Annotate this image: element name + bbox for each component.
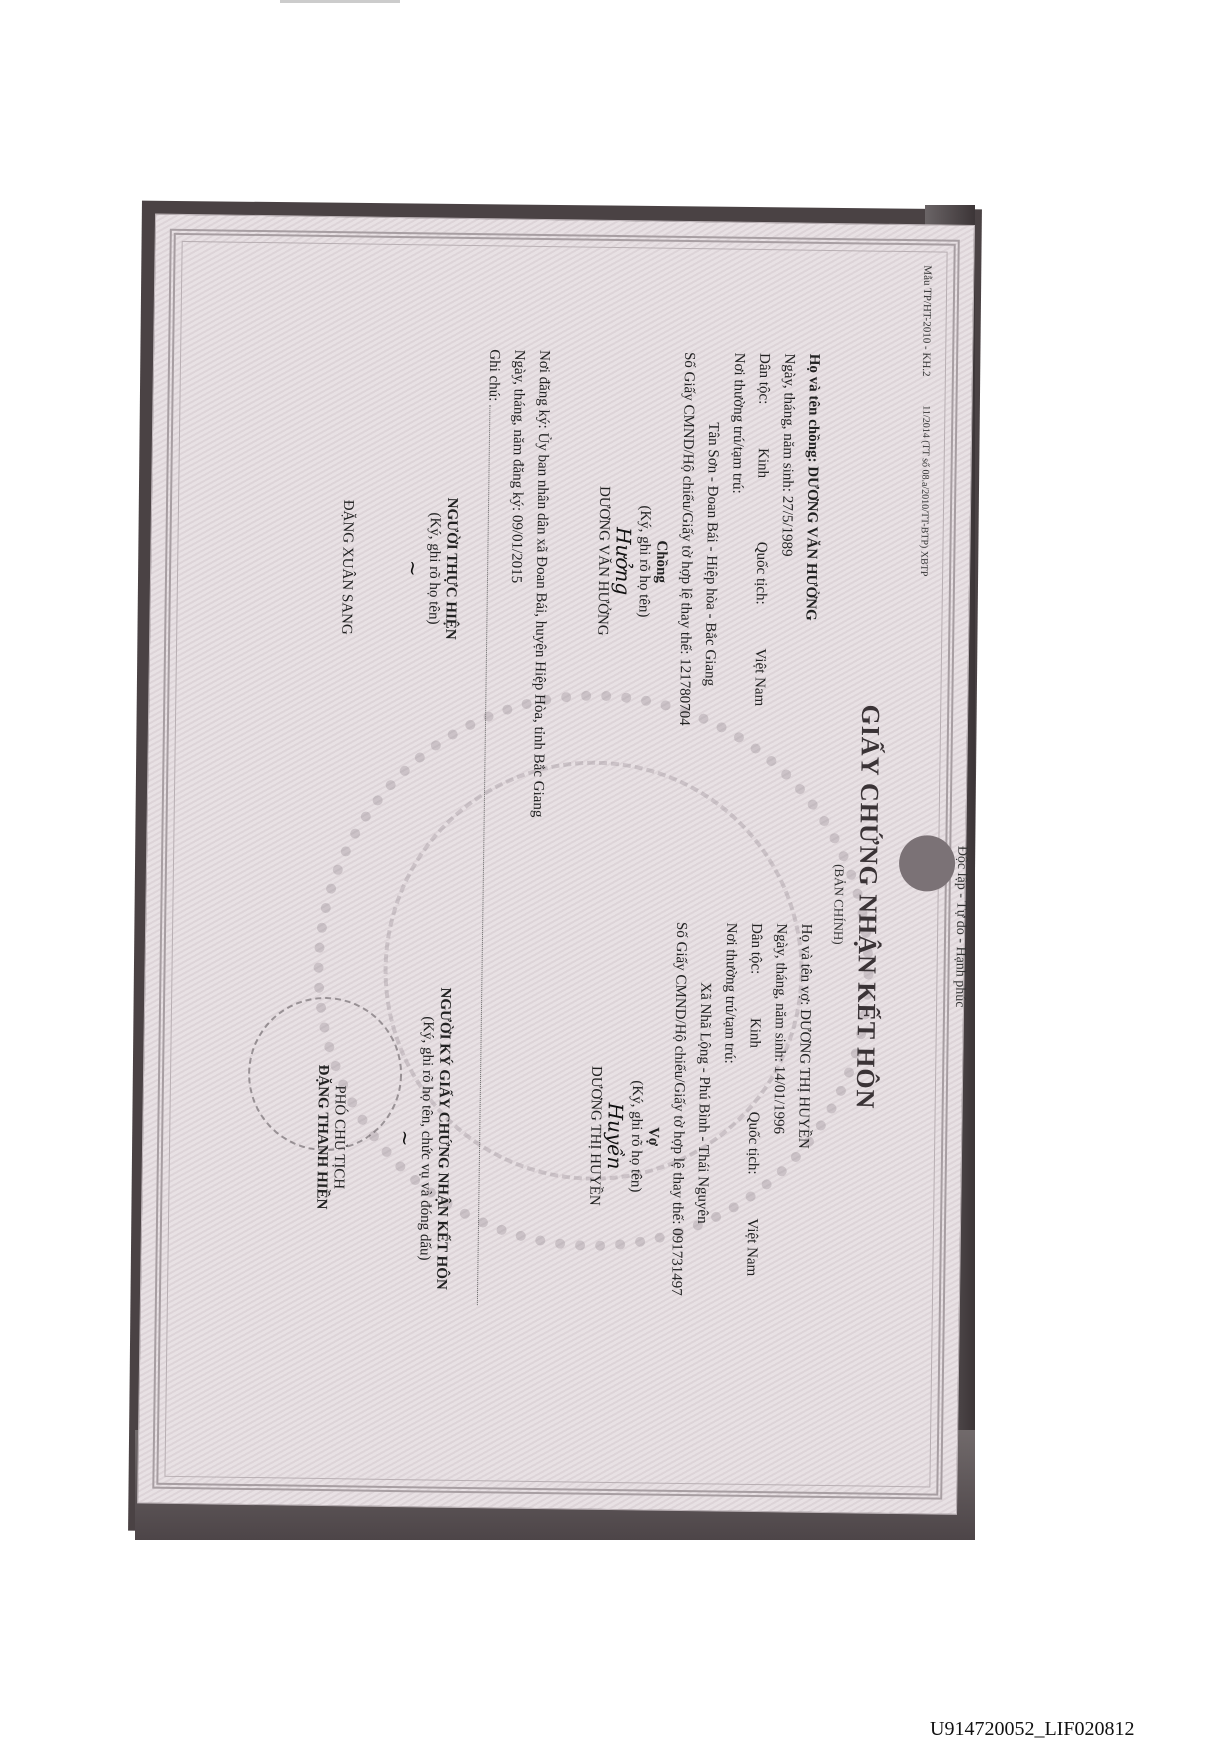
wife-residence-label: Nơi thường trú/tạm trú:	[720, 923, 739, 1064]
performer-name: ĐẶNG XUÂN SANG	[337, 467, 357, 667]
husband-signature: Hưởng	[610, 481, 636, 641]
performer-block: NGƯỜI THỰC HIỆN (Ký, ghi rõ họ tên) ~ ĐẶ…	[337, 467, 461, 669]
wife-nationality: Việt Nam	[743, 1218, 760, 1276]
document-title: GIẤY CHỨNG NHẬN KẾT HÔN	[850, 704, 886, 1109]
wife-dob-row: Ngày, tháng, năm sinh: 14/01/1996	[769, 923, 789, 1134]
wife-signature-block: Vợ (Ký, ghi rõ họ tên) Huyền DƯƠNG THỊ H…	[585, 1051, 662, 1222]
husband-residence-label: Nơi thường trú/tạm trú:	[728, 353, 747, 494]
husband-dob: 27/5/1989	[778, 496, 795, 557]
wife-dob: 14/01/1996	[770, 1066, 787, 1135]
scan-id: U914720052_LIF020812	[930, 1718, 1134, 1741]
husband-dob-row: Ngày, tháng, năm sinh: 27/5/1989	[777, 353, 797, 556]
wife-signature: Huyền	[602, 1051, 628, 1221]
document-subtitle: (BẢN CHÍNH)	[830, 864, 847, 945]
wife-ethnicity: Kinh	[746, 1018, 762, 1048]
wife-residence: Xã Nhã Lộng - Phú Bình - Thái Nguyên	[693, 982, 713, 1224]
husband-name: DƯƠNG VĂN HƯỞNG	[802, 466, 820, 621]
wife-id: 091731497	[668, 1228, 685, 1296]
motto: Độc lập - Tự do - Hạnh phúc	[951, 846, 969, 1008]
registration-date-row: Ngày, tháng, năm đăng ký: 09/01/2015	[507, 350, 527, 584]
wife-sign-name: DƯƠNG THỊ HUYỀN	[585, 1051, 604, 1221]
performer-signature: ~	[354, 467, 427, 668]
husband-sign-name: DƯƠNG VĂN HƯỞNG	[593, 481, 612, 641]
husband-nationality: Việt Nam	[751, 648, 768, 706]
husband-id: 121780704	[676, 658, 693, 726]
wife-name: DƯƠNG THỊ HUYỀN	[795, 1009, 813, 1149]
husband-signature-block: Chồng (Ký, ghi rõ họ tên) Hưởng DƯƠNG VĂ…	[593, 481, 670, 642]
husband-ethnicity: Kinh	[754, 448, 770, 478]
wife-name-row: Họ và tên vợ: DƯƠNG THỊ HUYỀN	[794, 924, 814, 1149]
scan-artifact	[280, 0, 400, 3]
marriage-certificate: Độc lập - Tự do - Hạnh phúc Mẫu TP/HT-20…	[137, 214, 975, 1515]
registration-date: 09/01/2015	[508, 515, 525, 584]
form-code: Mẫu TP/HT-2010 - KH.2	[920, 265, 934, 376]
